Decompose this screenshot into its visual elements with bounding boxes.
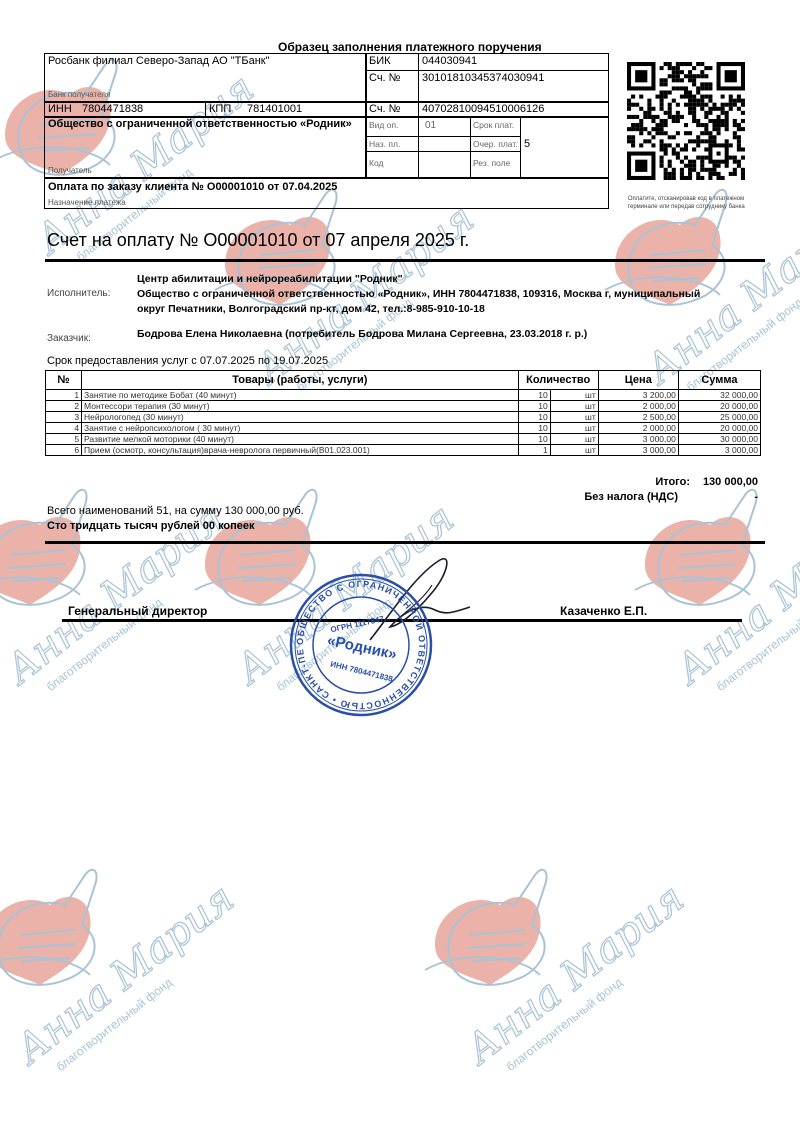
col-quantity: Количество	[518, 371, 598, 390]
kpp-value: 781401001	[247, 103, 302, 115]
row-unit: шт	[550, 434, 598, 445]
title-divider	[45, 259, 765, 262]
col-name: Товары (работы, услуги)	[82, 371, 519, 390]
row-sum: 25 000,00	[678, 412, 760, 423]
row-price: 2 000,00	[598, 423, 678, 434]
executor-details: Центр абилитации и нейрореабилитации "Ро…	[137, 272, 700, 317]
row-quantity: 10	[518, 390, 550, 401]
bank-name: Росбанк филиал Северо-Запад АО "ТБанк"	[48, 55, 270, 67]
row-number: 6	[46, 445, 82, 456]
col-sum: Сумма	[678, 371, 760, 390]
table-row: 5Развитие мелкой моторики (40 минут)10шт…	[46, 434, 761, 445]
row-number: 2	[46, 401, 82, 412]
row-name: Нейрологопед (30 минут)	[82, 412, 519, 423]
naz-pl-label: Наз. пл.	[369, 139, 400, 149]
recipient-name: Общество с ограниченной ответственностью…	[48, 118, 352, 130]
col-price: Цена	[598, 371, 678, 390]
ocher-plat-value: 5	[524, 138, 530, 150]
row-quantity: 10	[518, 401, 550, 412]
row-unit: шт	[550, 423, 598, 434]
row-sum: 30 000,00	[678, 434, 760, 445]
row-price: 2 500,00	[598, 412, 678, 423]
row-name: Занятие по методике Бобат (40 минут)	[82, 390, 519, 401]
account-value: 40702810094510006126	[422, 103, 544, 115]
row-sum: 3 000,00	[678, 445, 760, 456]
ocher-plat-label: Очер. плат.	[473, 139, 518, 149]
row-unit: шт	[550, 412, 598, 423]
totals-divider	[45, 541, 765, 544]
table-header-row: № Товары (работы, услуги) Количество Цен…	[46, 371, 761, 390]
svg-text:благотворительный фонд: благотворительный фонд	[54, 975, 175, 1074]
row-name: Монтессори терапия (30 минут)	[82, 401, 519, 412]
row-number: 3	[46, 412, 82, 423]
row-sum: 20 000,00	[678, 401, 760, 412]
table-row: 3Нейрологопед (30 минут)10шт2 500,0025 0…	[46, 412, 761, 423]
bik-value: 044030941	[422, 55, 477, 67]
payment-order-form: Росбанк филиал Северо-Запад АО "ТБанк" Б…	[44, 53, 609, 209]
svg-text:благотворительный фонд: благотворительный фонд	[714, 595, 800, 694]
vat-value: -	[700, 491, 758, 503]
row-unit: шт	[550, 445, 598, 456]
company-stamp-icon: ОБЩЕСТВО С ОГРАНИЧЕННОЙ ОТВЕТСТВЕННОСТЬЮ…	[286, 570, 436, 720]
total-value: 130 000,00	[680, 476, 758, 488]
signatory-position: Генеральный директор	[68, 604, 207, 618]
inn-label: ИНН	[48, 103, 72, 115]
svg-text:ИНН 7804471838: ИНН 7804471838	[329, 659, 394, 683]
row-number: 4	[46, 423, 82, 434]
items-summary: Всего наименований 51, на сумму 130 000,…	[47, 505, 304, 517]
payment-purpose: Оплата по заказу клиента № О00001010 от …	[48, 181, 337, 193]
row-name: Развитие мелкой моторики (40 минут)	[82, 434, 519, 445]
watermark-logo-icon: Анна Мария благотворительный фонд	[0, 850, 230, 1115]
svg-text:ОГРН 1117847...: ОГРН 1117847...	[330, 613, 392, 634]
vat-label: Без налога (НДС)	[520, 491, 678, 503]
svg-text:благотворительный фонд: благотворительный фонд	[504, 975, 625, 1074]
table-row: 6Прием (осмотр, консультация)врача-невро…	[46, 445, 761, 456]
customer-value: Бодрова Елена Николаевна (потребитель Бо…	[137, 327, 587, 342]
payment-order-title: Образец заполнения платежного поручения	[278, 40, 542, 54]
row-quantity: 10	[518, 434, 550, 445]
vid-op-label: Вид оп.	[369, 120, 398, 130]
executor-label: Исполнитель:	[47, 288, 110, 299]
qr-code-icon	[627, 62, 745, 180]
watermark-logo-icon: Анна Мария благотворительный фонд	[630, 470, 800, 735]
row-quantity: 10	[518, 423, 550, 434]
kpp-label: КПП	[209, 103, 231, 115]
row-price: 3 000,00	[598, 445, 678, 456]
corr-account-label: Сч. №	[369, 72, 400, 84]
kod-label: Код	[369, 158, 383, 168]
amount-in-words: Сто тридцать тысяч рублей 00 копеек	[47, 520, 255, 532]
row-name: Прием (осмотр, консультация)врача-неврол…	[82, 445, 519, 456]
col-number: №	[46, 371, 82, 390]
bik-label: БИК	[369, 55, 391, 67]
customer-label: Заказчик:	[47, 333, 91, 344]
vid-op-value: 01	[425, 120, 436, 131]
srok-plat-label: Срок плат.	[473, 120, 514, 130]
row-price: 3 000,00	[598, 434, 678, 445]
table-row: 2Монтессори терапия (30 минут)10шт2 000,…	[46, 401, 761, 412]
table-row: 4Занятие с нейропсихологом ( 30 минут)10…	[46, 423, 761, 434]
row-price: 2 000,00	[598, 401, 678, 412]
items-table: № Товары (работы, услуги) Количество Цен…	[45, 370, 761, 456]
qr-note: Оплатите, отсканировав код в платежном т…	[616, 195, 756, 211]
purpose-caption: Назначение платежа	[48, 198, 126, 207]
rez-pole-label: Рез. поле	[473, 158, 510, 168]
recipient-caption: Получатель	[48, 166, 92, 175]
row-name: Занятие с нейропсихологом ( 30 минут)	[82, 423, 519, 434]
account-label: Сч. №	[369, 103, 400, 115]
row-number: 1	[46, 390, 82, 401]
row-sum: 20 000,00	[678, 423, 760, 434]
row-quantity: 1	[518, 445, 550, 456]
invoice-title: Счет на оплату № О00001010 от 07 апреля …	[47, 230, 469, 251]
total-label: Итого:	[560, 476, 690, 488]
corr-account-value: 30101810345374030941	[422, 72, 544, 84]
table-row: 1Занятие по методике Бобат (40 минут)10ш…	[46, 390, 761, 401]
row-unit: шт	[550, 401, 598, 412]
service-period: Срок предоставления услуг с 07.07.2025 п…	[47, 355, 328, 367]
signatory-name: Казаченко Е.П.	[560, 604, 647, 618]
svg-text:Анна Мария: Анна Мария	[5, 875, 242, 1075]
row-price: 3 200,00	[598, 390, 678, 401]
row-quantity: 10	[518, 412, 550, 423]
svg-text:«Родник»: «Родник»	[326, 632, 399, 663]
row-number: 5	[46, 434, 82, 445]
svg-text:Анна Мария: Анна Мария	[665, 495, 800, 695]
row-unit: шт	[550, 390, 598, 401]
svg-text:Анна Мария: Анна Мария	[455, 875, 692, 1075]
bank-caption: Банк получателя	[48, 90, 110, 99]
row-sum: 32 000,00	[678, 390, 760, 401]
inn-value: 7804471838	[82, 103, 143, 115]
watermark-logo-icon: Анна Мария благотворительный фонд	[420, 850, 680, 1115]
